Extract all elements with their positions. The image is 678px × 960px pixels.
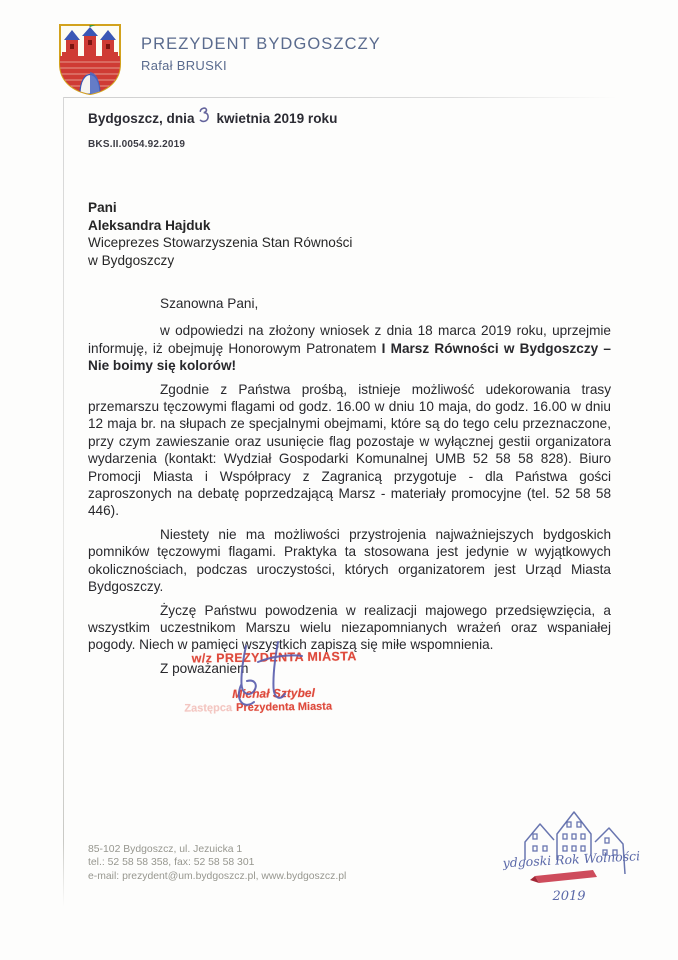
footer-email-web: e-mail: prezydent@um.bydgoszcz.pl, www.b… [88,870,346,883]
bydgoszcz-coat-of-arms-icon [57,22,123,101]
letter-body: Szanowna Pani, w odpowiedzi na złożony w… [88,295,611,683]
footer-address: 85-102 Bydgoszcz, ul. Jezuicka 1 [88,843,346,856]
paragraph-3: Niestety nie ma możliwości przystrojenia… [88,526,611,596]
date-prefix: Bydgoszcz, dnia [88,111,195,126]
recipient-block: Pani Aleksandra Hajduk Wiceprezes Stowar… [88,199,352,269]
logo-title-text: Bydgoski Rok Wolności [503,848,640,871]
letterhead-org-title: PREZYDENT BYDGOSZCZY [141,35,381,54]
recipient-city: w Bydgoszczy [88,252,352,270]
greeting: Szanowna Pani, [88,295,611,312]
letterhead: PREZYDENT BYDGOSZCZY Rafał BRUSKI [57,22,381,101]
date-line: Bydgoszcz, dnia kwietnia 2019 roku [88,104,337,126]
reference-number: BKS.II.0054.92.2019 [88,139,185,150]
logo-year-text: 2019 [551,889,585,904]
handwritten-day-icon [195,104,217,126]
footer-contact: 85-102 Bydgoszcz, ul. Jezuicka 1 tel.: 5… [88,843,346,883]
recipient-name: Aleksandra Hajduk [88,217,352,235]
date-suffix: kwietnia 2019 roku [217,111,338,126]
paragraph-4: Życzę Państwu powodzenia w realizacji ma… [88,602,611,654]
recipient-title: Pani [88,199,352,217]
paragraph-1: w odpowiedzi na złożony wniosek z dnia 1… [88,322,611,374]
letterhead-person-name: Rafał BRUSKI [141,58,381,73]
scan-edge-line-left [63,97,64,907]
footer-phones: tel.: 52 58 58 358, fax: 52 58 58 301 [88,856,346,869]
paragraph-2: Zgodnie z Państwa prośbą, istnieje możli… [88,381,611,520]
recipient-role: Wiceprezes Stowarzyszenia Stan Równości [88,234,352,252]
